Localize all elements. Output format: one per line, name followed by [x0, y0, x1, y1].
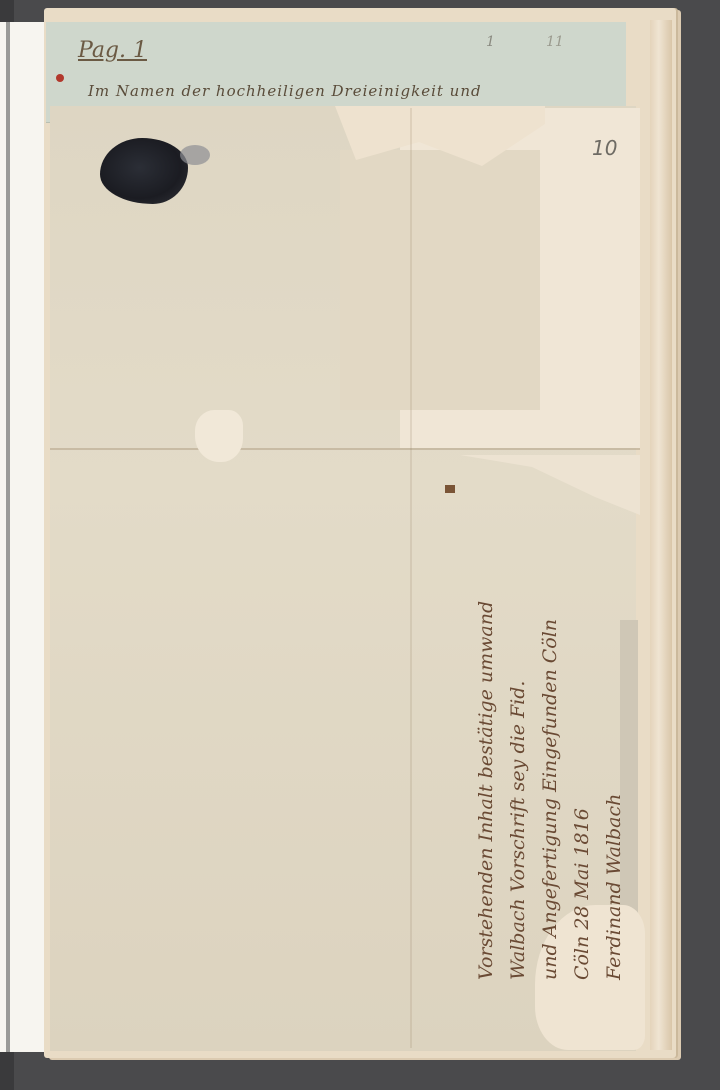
endorsement-text: Vorstehenden Inhalt bestätige umwand Wal… — [470, 460, 630, 980]
endorsement-signature: Ferdinand Walbach — [598, 460, 630, 980]
left-page-gutter — [6, 22, 10, 1052]
page-heading: Pag. 1 — [78, 38, 147, 63]
folio-mark: 1 — [486, 34, 495, 50]
endorsement-line: und Angefertigung Eingefunden Cöln — [534, 460, 566, 980]
vertical-fold — [410, 108, 412, 1048]
endorsement-line: Walbach Vorschrift sey die Fid. — [502, 460, 534, 980]
ink-mark — [445, 485, 455, 493]
horizontal-fold — [50, 448, 640, 450]
folio-mark-2: 11 — [546, 34, 564, 50]
wax-smudge — [180, 145, 210, 165]
endorsement-line: Cöln 28 Mai 1816 — [566, 460, 598, 980]
red-seal-dot — [56, 74, 64, 82]
first-manuscript-line: Im Namen der hochheiligen Dreieinigkeit … — [88, 82, 482, 100]
wax-seal-icon — [100, 138, 188, 204]
paper-hole — [195, 410, 243, 462]
page-stack-edges — [650, 20, 672, 1050]
folio-number: 10 — [592, 136, 617, 160]
endorsement-line: Vorstehenden Inhalt bestätige umwand — [470, 460, 502, 980]
paper-patch — [340, 150, 540, 410]
